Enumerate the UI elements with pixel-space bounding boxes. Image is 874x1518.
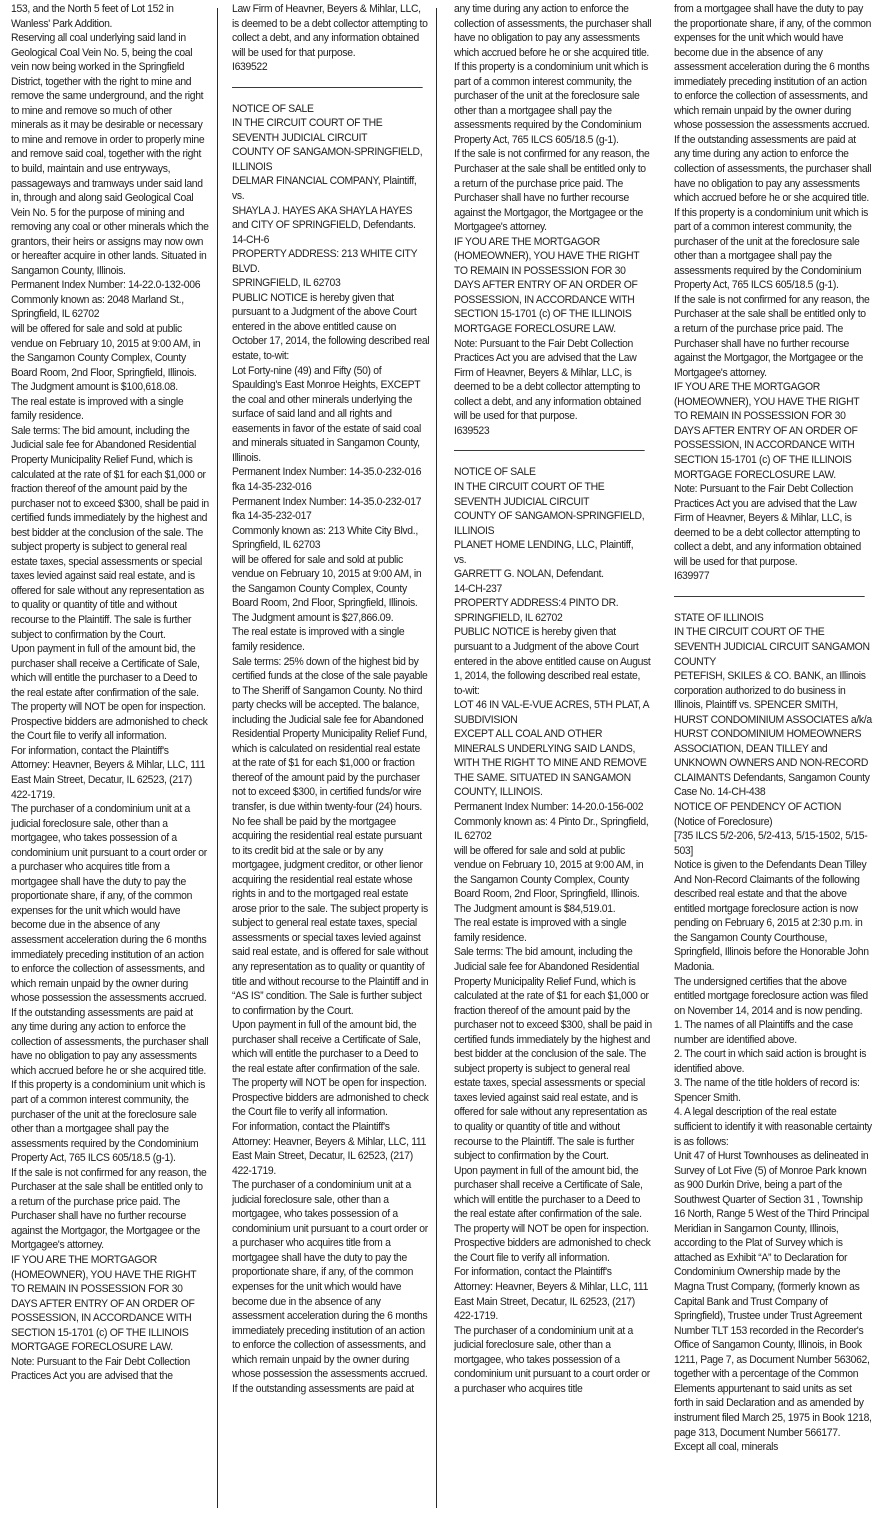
notice-paragraph: I639523: [454, 424, 652, 439]
notice-paragraph: SPRINGFIELD, IL 62702: [454, 611, 652, 626]
notice-paragraph: For information, contact the Plaintiff's…: [232, 1120, 430, 1178]
notice-separator: [454, 450, 645, 451]
notice-paragraph: Upon payment in full of the amount bid, …: [454, 1164, 652, 1222]
notice-paragraph: Upon payment in full of the amount bid, …: [11, 642, 209, 700]
notice-paragraph: PUBLIC NOTICE is hereby given that pursu…: [454, 625, 652, 698]
notice-paragraph: from a mortgagee shall have the duty to …: [674, 2, 872, 293]
notice-paragraph: COUNTY OF SANGAMON-SPRINGFIELD, ILLINOIS: [454, 509, 652, 538]
notice-paragraph: PUBLIC NOTICE is hereby given that pursu…: [232, 291, 430, 364]
notice-paragraph: NOTICE OF SALE: [454, 465, 652, 480]
notice-paragraph: Notice is given to the Defendants Dean T…: [674, 858, 872, 974]
notice-paragraph: STATE OF ILLINOIS: [674, 611, 872, 626]
notice-paragraph: NOTICE OF PENDENCY OF ACTION: [674, 800, 872, 815]
notice-separator: [674, 596, 865, 597]
notice-paragraph: The real estate is improved with a singl…: [11, 395, 209, 424]
notice-paragraph: Note: Pursuant to the Fair Debt Collecti…: [454, 337, 652, 424]
notice-paragraph: will be offered for sale and sold at pub…: [454, 844, 652, 902]
notice-paragraph: The purchaser of a condominium unit at a…: [232, 1178, 430, 1396]
notice-paragraph: For information, contact the Plaintiff's…: [454, 1265, 652, 1323]
notice-paragraph: any time during any action to enforce th…: [454, 2, 652, 147]
notice-paragraph: The purchaser of a condominium unit at a…: [454, 1324, 652, 1397]
notice-paragraph: DELMAR FINANCIAL COMPANY, Plaintiff,: [232, 174, 430, 189]
notice-paragraph: NOTICE OF SALE: [232, 102, 430, 117]
notice-block: 153, and the North 5 feet of Lot 152 in …: [11, 2, 209, 1384]
notice-paragraph: COUNTY OF SANGAMON-SPRINGFIELD, ILLINOIS: [232, 145, 430, 174]
notice-paragraph: 2. The court in which said action is bro…: [674, 1047, 872, 1076]
notice-paragraph: 14-CH-6: [232, 233, 430, 248]
notice-paragraph: 1. The names of all Plaintiffs and the c…: [674, 1018, 872, 1047]
notice-paragraph: vs.: [232, 189, 430, 204]
notice-paragraph: IF YOU ARE THE MORTGAGOR (HOMEOWNER), YO…: [454, 235, 652, 337]
notice-paragraph: EXCEPT ALL COAL AND OTHER MINERALS UNDER…: [454, 727, 652, 800]
notice-paragraph: IF YOU ARE THE MORTGAGOR (HOMEOWNER), YO…: [674, 380, 872, 482]
notice-paragraph: (Notice of Foreclosure): [674, 815, 872, 830]
notice-paragraph: For information, contact the Plaintiff's…: [11, 744, 209, 802]
notice-paragraph: Lot Forty-nine (49) and Fifty (50) of Sp…: [232, 364, 430, 466]
notice-paragraph: Commonly known as: 213 White City Blvd.,…: [232, 524, 430, 553]
notice-paragraph: Note: Pursuant to the Fair Debt Collecti…: [674, 482, 872, 569]
notice-paragraph: Note: Pursuant to the Fair Debt Collecti…: [11, 1355, 209, 1384]
column-1: 153, and the North 5 feet of Lot 152 in …: [11, 2, 209, 1384]
notice-paragraph: If the sale is not confirmed for any rea…: [454, 147, 652, 234]
column-3: any time during any action to enforce th…: [454, 2, 652, 1396]
notice-paragraph: PROPERTY ADDRESS:4 PINTO DR.: [454, 596, 652, 611]
notice-paragraph: PLANET HOME LENDING, LLC, Plaintiff,: [454, 538, 652, 553]
notice-block: any time during any action to enforce th…: [454, 2, 652, 438]
notice-paragraph: IN THE CIRCUIT COURT OF THE SEVENTH JUDI…: [232, 116, 430, 145]
notice-paragraph: Permanent Index Number: 14-20.0-156-002: [454, 800, 652, 815]
notice-paragraph: The real estate is improved with a singl…: [454, 916, 652, 945]
notice-paragraph: will be offered for sale and sold at pub…: [11, 322, 209, 380]
notice-paragraph: [735 ILCS 5/2-206, 5/2-413, 5/15-1502, 5…: [674, 829, 872, 858]
notice-paragraph: GARRETT G. NOLAN, Defendant.: [454, 567, 652, 582]
notice-paragraph: will be offered for sale and sold at pub…: [232, 553, 430, 611]
notice-paragraph: 153, and the North 5 feet of Lot 152 in …: [11, 2, 209, 31]
notice-paragraph: Permanent Index Number: 14-22.0-132-006: [11, 278, 209, 293]
notice-paragraph: 4. A legal description of the real estat…: [674, 1105, 872, 1149]
notice-paragraph: The property will NOT be open for inspec…: [11, 700, 209, 744]
notice-paragraph: Upon payment in full of the amount bid, …: [232, 1018, 430, 1076]
notice-paragraph: IF YOU ARE THE MORTGAGOR (HOMEOWNER), YO…: [11, 1253, 209, 1355]
legal-notices-page: 153, and the North 5 feet of Lot 152 in …: [0, 0, 874, 1518]
notice-paragraph: The property will NOT be open for inspec…: [232, 1076, 430, 1120]
notice-paragraph: The Judgment amount is $27,866.09.: [232, 611, 430, 626]
notice-paragraph: Commonly known as: 2048 Marland St., Spr…: [11, 293, 209, 322]
notice-paragraph: Law Firm of Heavner, Beyers & Mihlar, LL…: [232, 2, 430, 60]
notice-paragraph: The Judgment amount is $100,618.08.: [11, 380, 209, 395]
column-divider: [217, 8, 218, 1508]
notice-paragraph: Sale terms: The bid amount, including th…: [11, 424, 209, 642]
notice-paragraph: I639977: [674, 569, 872, 584]
notice-paragraph: Reserving all coal underlying said land …: [11, 31, 209, 278]
notice-block: STATE OF ILLINOISIN THE CIRCUIT COURT OF…: [674, 611, 872, 1455]
notice-paragraph: I639522: [232, 60, 430, 75]
notice-paragraph: 14-CH-237: [454, 582, 652, 597]
notice-block: Law Firm of Heavner, Beyers & Mihlar, LL…: [232, 2, 430, 75]
notice-paragraph: SPRINGFIELD, IL 62703: [232, 276, 430, 291]
notice-paragraph: The real estate is improved with a singl…: [232, 625, 430, 654]
notice-paragraph: Permanent Index Number: 14-35.0-232-016 …: [232, 465, 430, 494]
notice-paragraph: The property will NOT be open for inspec…: [454, 1222, 652, 1266]
notice-paragraph: SHAYLA J. HAYES AKA SHAYLA HAYES and CIT…: [232, 204, 430, 233]
column-2: Law Firm of Heavner, Beyers & Mihlar, LL…: [232, 2, 430, 1396]
notice-paragraph: Commonly known as: 4 Pinto Dr., Springfi…: [454, 815, 652, 844]
notice-block: NOTICE OF SALEIN THE CIRCUIT COURT OF TH…: [454, 465, 652, 1396]
notice-paragraph: Unit 47 of Hurst Townhouses as delineate…: [674, 1149, 872, 1454]
column-divider: [436, 8, 437, 1508]
notice-paragraph: PETEFISH, SKILES & CO. BANK, an Illinois…: [674, 669, 872, 800]
notice-separator: [232, 87, 423, 88]
notice-paragraph: Sale terms: The bid amount, including th…: [454, 945, 652, 1163]
notice-paragraph: LOT 46 IN VAL-E-VUE ACRES, 5TH PLAT, A S…: [454, 698, 652, 727]
notice-paragraph: PROPERTY ADDRESS: 213 WHITE CITY BLVD.: [232, 247, 430, 276]
notice-block: NOTICE OF SALEIN THE CIRCUIT COURT OF TH…: [232, 102, 430, 1397]
notice-paragraph: IN THE CIRCUIT COURT OF THE SEVENTH JUDI…: [674, 625, 872, 669]
notice-paragraph: The purchaser of a condominium unit at a…: [11, 802, 209, 1166]
notice-paragraph: vs.: [454, 553, 652, 568]
notice-block: from a mortgagee shall have the duty to …: [674, 2, 872, 584]
column-4: from a mortgagee shall have the duty to …: [674, 2, 872, 1455]
notice-paragraph: If the sale is not confirmed for any rea…: [11, 1166, 209, 1253]
notice-paragraph: The Judgment amount is $84,519.01.: [454, 902, 652, 917]
notice-paragraph: IN THE CIRCUIT COURT OF THE SEVENTH JUDI…: [454, 480, 652, 509]
notice-paragraph: If the sale is not confirmed for any rea…: [674, 293, 872, 380]
notice-paragraph: 3. The name of the title holders of reco…: [674, 1076, 872, 1105]
notice-paragraph: The undersigned certifies that the above…: [674, 975, 872, 1019]
notice-paragraph: Permanent Index Number: 14-35.0-232-017 …: [232, 495, 430, 524]
notice-paragraph: Sale terms: 25% down of the highest bid …: [232, 655, 430, 1019]
